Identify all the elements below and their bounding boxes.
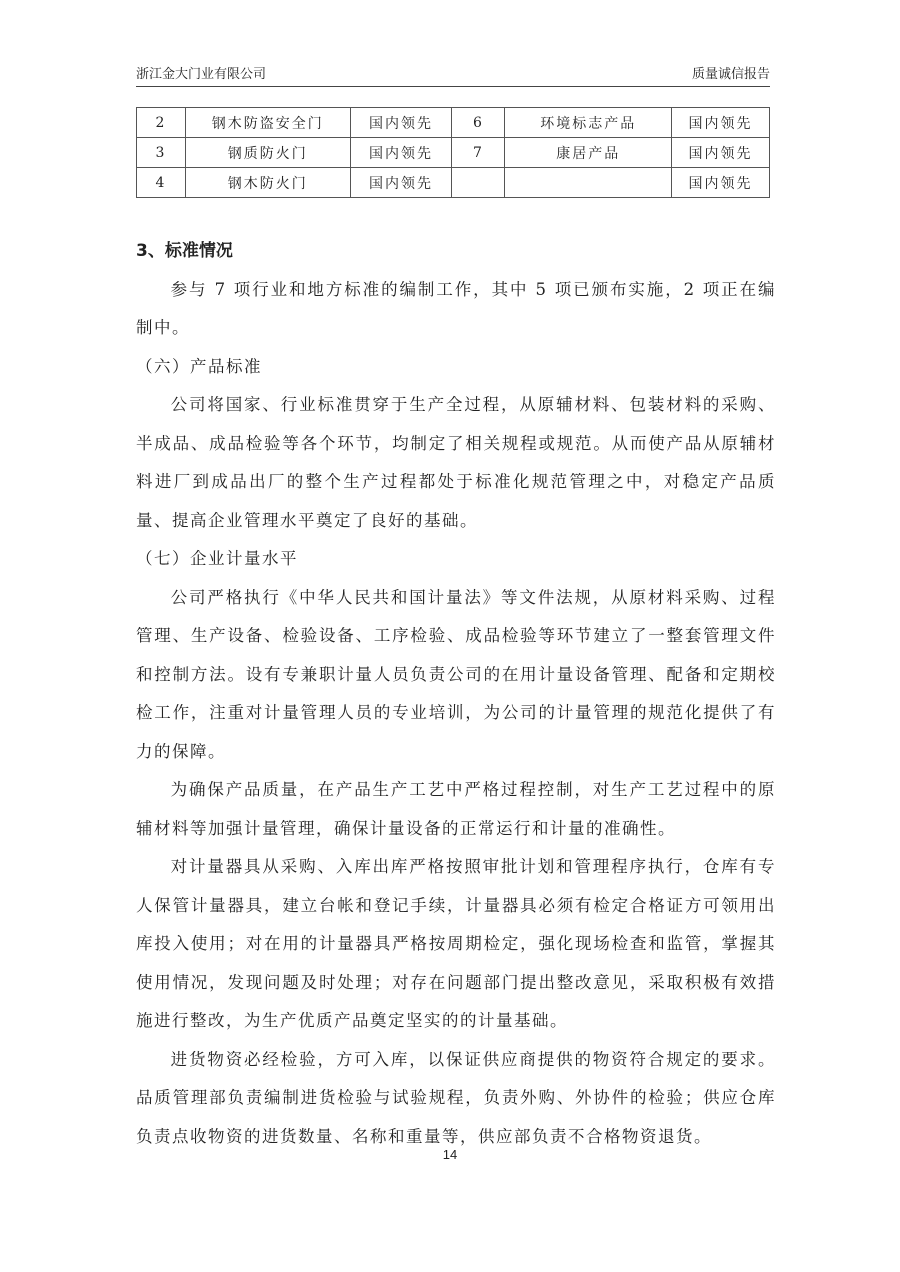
table-cell: 环境标志产品 [505, 108, 672, 138]
table-cell: 6 [452, 108, 505, 138]
table-row: 4 钢木防火门 国内领先 国内领先 [137, 168, 770, 198]
paragraph: 参与 7 项行业和地方标准的编制工作，其中 5 项已颁布实施，2 项正在编制中。 [136, 271, 776, 348]
paragraph: 公司将国家、行业标准贯穿于生产全过程，从原辅材料、包装材料的采购、半成品、成品检… [136, 386, 776, 540]
table-cell: 2 [137, 108, 186, 138]
table-cell: 国内领先 [672, 108, 770, 138]
page-number: 14 [0, 1147, 900, 1162]
table-cell: 康居产品 [505, 138, 672, 168]
awards-table: 2 钢木防盗安全门 国内领先 6 环境标志产品 国内领先 3 钢质防火门 国内领… [136, 107, 770, 198]
paragraph: 对计量器具从采购、入库出库严格按照审批计划和管理程序执行，仓库有专人保管计量器具… [136, 848, 776, 1041]
table-row: 3 钢质防火门 国内领先 7 康居产品 国内领先 [137, 138, 770, 168]
subsection-title: （六）产品标准 [136, 348, 776, 387]
paragraph: 进货物资必经检验，方可入库，以保证供应商提供的物资符合规定的要求。品质管理部负责… [136, 1041, 776, 1157]
document-body: 3、标准情况 参与 7 项行业和地方标准的编制工作，其中 5 项已颁布实施，2 … [136, 232, 776, 1156]
table-cell [452, 168, 505, 198]
page-header: 浙江金大门业有限公司 质量诚信报告 [136, 62, 770, 87]
table-cell: 国内领先 [672, 168, 770, 198]
table-cell: 国内领先 [672, 138, 770, 168]
paragraph: 为确保产品质量，在产品生产工艺中严格过程控制，对生产工艺过程中的原辅材料等加强计… [136, 771, 776, 848]
table-cell: 钢质防火门 [185, 138, 350, 168]
table-cell: 国内领先 [350, 138, 452, 168]
table-cell: 国内领先 [350, 108, 452, 138]
subsection-title: （七）企业计量水平 [136, 540, 776, 579]
table-cell: 钢木防火门 [185, 168, 350, 198]
table-cell: 钢木防盗安全门 [185, 108, 350, 138]
table-cell [505, 168, 672, 198]
table-cell: 7 [452, 138, 505, 168]
paragraph: 公司严格执行《中华人民共和国计量法》等文件法规，从原材料采购、过程管理、生产设备… [136, 579, 776, 772]
company-name: 浙江金大门业有限公司 [136, 63, 266, 82]
table-cell: 4 [137, 168, 186, 198]
section-heading: 3、标准情况 [136, 232, 776, 271]
report-title: 质量诚信报告 [692, 63, 770, 82]
table-row: 2 钢木防盗安全门 国内领先 6 环境标志产品 国内领先 [137, 108, 770, 138]
table-cell: 3 [137, 138, 186, 168]
table-cell: 国内领先 [350, 168, 452, 198]
